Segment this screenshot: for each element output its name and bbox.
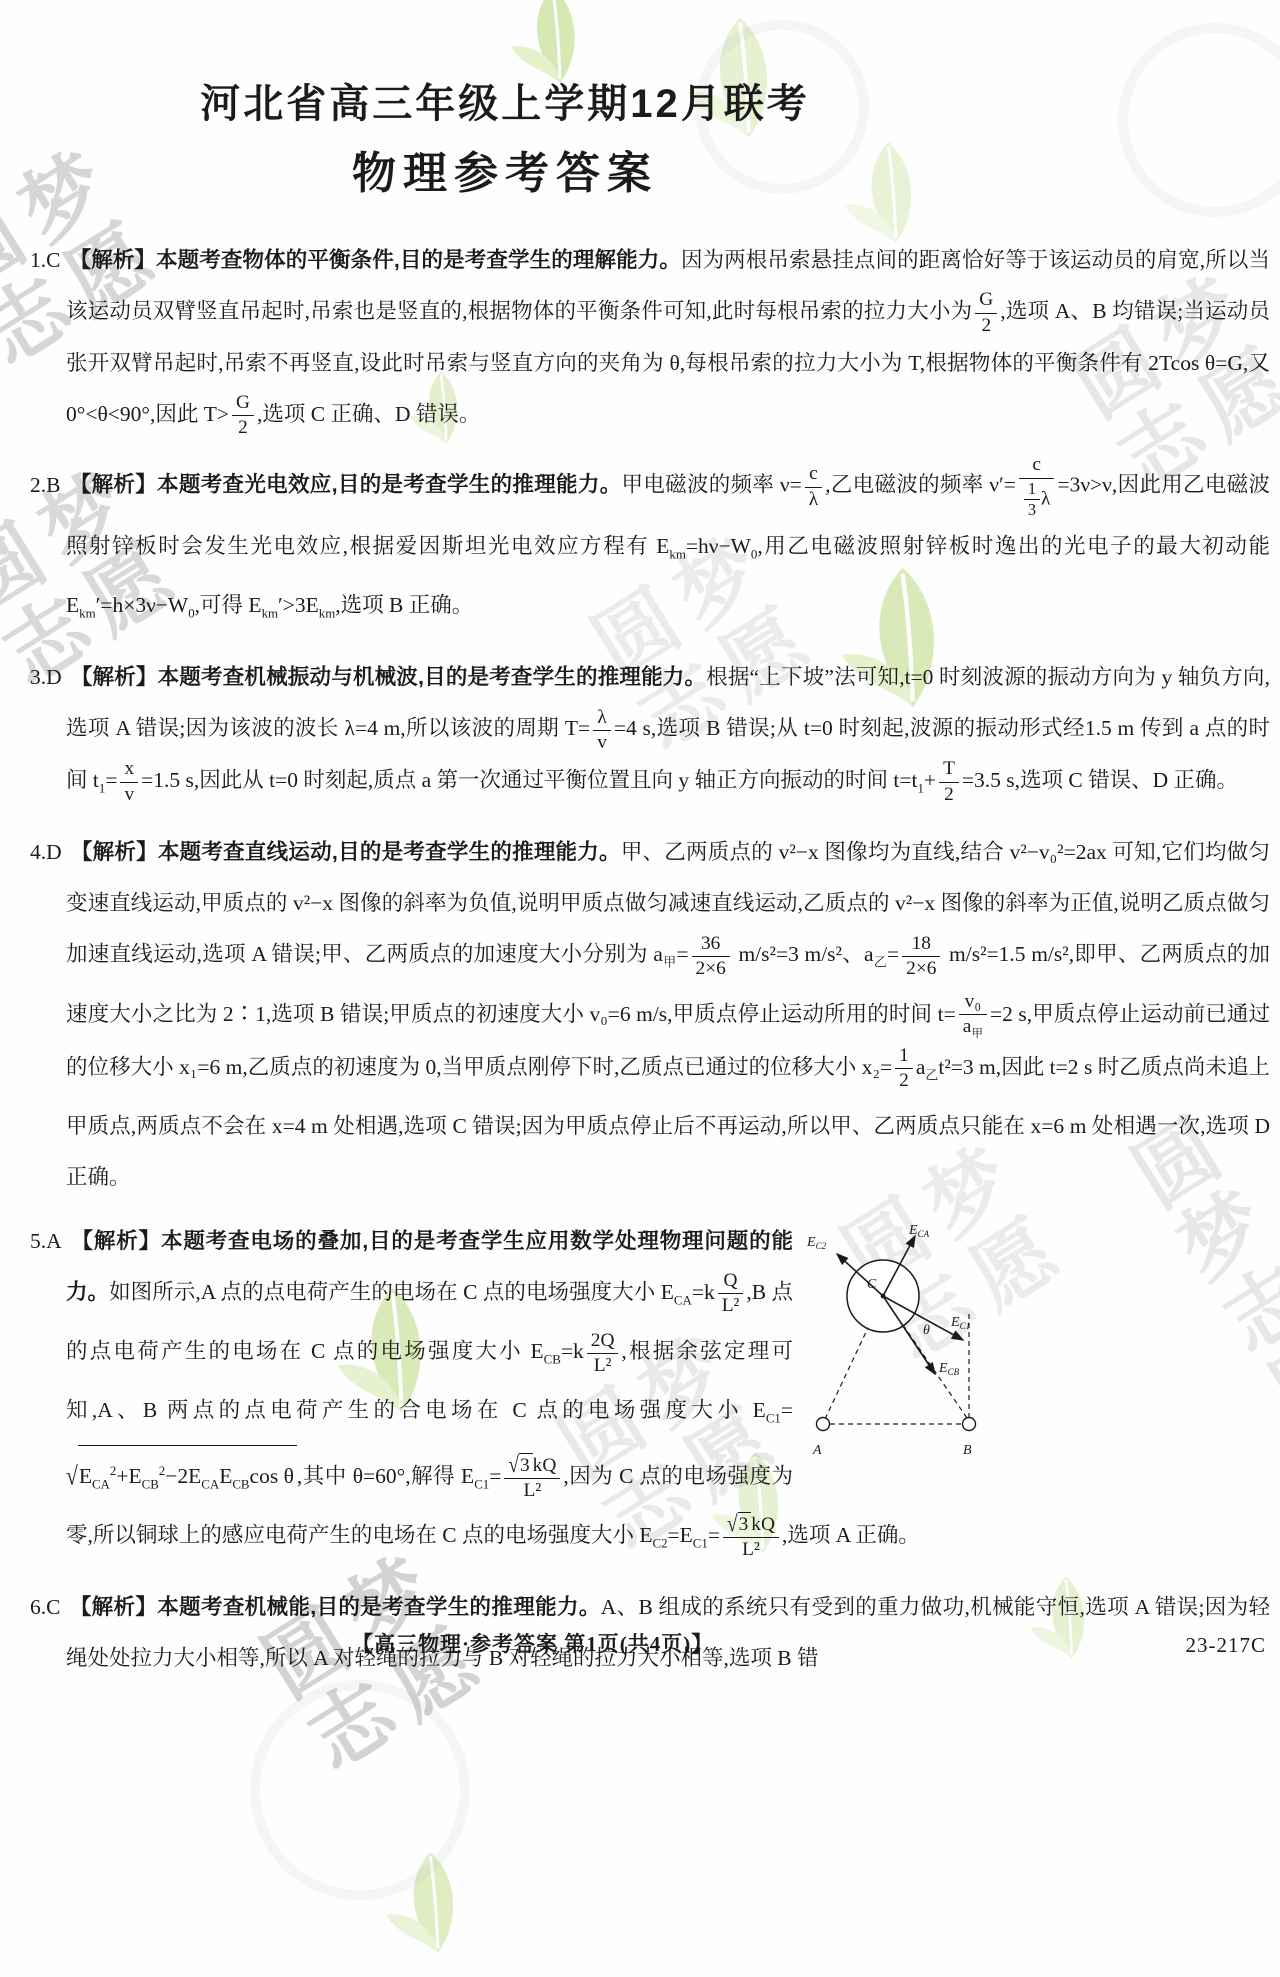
fraction: √3kQL² [723,1512,779,1562]
subscript: km [669,547,685,561]
figure-label-b: B [963,1443,972,1458]
leaf-watermark [386,1852,453,1953]
fraction-denominator: λ [805,487,822,512]
figure-labels: EC2 ECA EC1 ECB θ C A B [806,1223,972,1458]
fraction: xv [120,757,138,806]
answer-number: 6.C [30,1595,60,1619]
charge-b-circle [963,1417,976,1430]
sqrt-expression: √ECA2+ECB2−2ECAECBcos θ [66,1464,297,1488]
sqrt-expression: √3 [508,1455,532,1476]
radical-sign: √ [66,1446,78,1507]
fraction-numerator: x [120,757,138,781]
analysis-bold-text: 【解析】本题考查机械能,目的是考查学生的推理能力。 [69,1595,600,1619]
subscript: km [262,606,278,620]
fraction-numerator: 18 [902,932,940,956]
page-title-line2: 物理参考答案 [0,137,1010,201]
fraction-denominator: a甲 [959,1014,987,1041]
answer-number: 4.D [30,840,62,864]
fraction-denominator: 2×6 [692,956,730,981]
radicand: 3 [738,1512,752,1537]
subscript: CB [544,1352,561,1366]
fraction: λv [593,706,611,755]
scanned-answer-sheet-page: 圆梦志愿 圆梦志愿 圆梦志愿 圆梦志愿 圆梦志愿 圆梦志愿 圆梦志愿 圆梦志愿 … [0,0,1280,1977]
subscript: CA [674,1293,692,1307]
analysis-bold-text: 【解析】本题考查机械振动与机械波,目的是考查学生的推理能力。 [71,665,707,689]
fraction-denominator: v [120,782,138,807]
subscript: 0 [751,547,757,561]
subscript: km [79,606,95,620]
fraction-numerator: 1 [895,1044,913,1068]
fraction-numerator: λ [593,706,611,730]
fraction-numerator: T [939,757,959,781]
fraction-numerator: 36 [692,932,730,956]
answer-number: 2.B [30,473,60,497]
answer-number: 5.A [30,1229,62,1253]
fraction: G2 [975,288,997,337]
figure-label-ecb: ECB [938,1361,960,1377]
subscript: 乙 [925,1068,938,1082]
fraction: 362×6 [692,932,730,981]
fraction: T2 [939,757,959,806]
answer-item: 4.D【解析】本题考查直线运动,目的是考查学生的推理能力。甲、乙两质点的 v²−… [30,827,1270,1202]
figure-label-ec1: EC1 [950,1315,970,1331]
answer-item: 3.D【解析】本题考查机械振动与机械波,目的是考查学生的推理能力。根据“上下坡”… [30,652,1270,814]
subscript: C1 [693,1536,708,1550]
subscript: C1 [766,1412,781,1426]
fraction: c13λ [1019,453,1055,520]
fraction: G2 [232,391,254,440]
figure-label-theta: θ [923,1323,930,1338]
sqrt-expression: √3 [727,1514,751,1535]
fraction-numerator: 1 [1024,479,1040,500]
fraction-numerator: 2Q [587,1329,619,1353]
fraction: v₀a甲 [959,990,987,1042]
analysis-bold-text: 【解析】本题考查光电效应,目的是考查学生的推理能力。 [69,473,621,497]
answer-item: EC2 ECA EC1 ECB θ C A B 5.A【解析】本题考查电场的叠加… [30,1216,1005,1570]
figure-label-a: A [812,1443,822,1458]
subscript: 甲 [663,956,676,970]
fraction-denominator: 2 [975,313,997,338]
fraction: 12 [895,1044,913,1093]
page-title-line1: 河北省高三年级上学期12月联考 [0,72,1010,129]
fraction-denominator: v [593,730,611,755]
radicand: ECA2+ECB2−2ECAECBcos θ [78,1445,297,1510]
document-content: 河北省高三年级上学期12月联考 物理参考答案 1.C【解析】本题考查物体的平衡条… [0,0,1280,1684]
subscript: km [319,606,335,620]
subscript: CB [232,1477,249,1491]
fraction-numerator: c [1019,453,1055,477]
figure-label-eca: ECA [908,1223,930,1239]
question5-figure: EC2 ECA EC1 ECB θ C A B [805,1222,1005,1474]
radicand: 3 [519,1453,533,1478]
fraction-numerator: G [232,391,254,415]
figure-label-ec2: EC2 [806,1235,827,1251]
answer-number: 3.D [30,665,62,689]
fraction-denominator: L² [718,1293,744,1318]
fraction-numerator: √3kQ [723,1512,779,1537]
answers-list: 1.C【解析】本题考查物体的平衡条件,目的是考查学生的理解能力。因为两根吊索悬挂… [30,235,1270,1684]
subscript: CA [201,1477,219,1491]
fraction-numerator: √3kQ [504,1453,560,1478]
fraction-numerator: c [805,462,822,486]
fraction-numerator: v₀ [959,990,987,1014]
fraction-denominator: 2 [232,415,254,440]
subscript: C2 [652,1536,667,1550]
fraction-denominator: 13λ [1019,478,1055,521]
fraction-denominator: 2 [939,782,959,807]
superscript: 2 [159,1464,165,1478]
fraction: √3kQL² [504,1453,560,1503]
subscript: C1 [474,1477,489,1491]
answer-number: 1.C [30,248,60,272]
fraction-denominator: 3 [1024,499,1040,521]
footer-paper-code: 23-217C [1186,1633,1267,1658]
charge-a-circle [817,1417,830,1430]
analysis-bold-text: 【解析】本题考查物体的平衡条件,目的是考查学生的理解能力。 [69,248,680,272]
fraction: 182×6 [902,932,940,981]
fraction-numerator: G [975,288,997,312]
radical-sign: √ [508,1451,519,1480]
fraction-denominator: L² [587,1353,619,1378]
fraction-denominator: 2 [895,1068,913,1093]
figure-label-c: C [867,1277,877,1292]
subscript: CA [92,1477,110,1491]
fraction: 13 [1024,479,1040,521]
fraction: 2QL² [587,1329,619,1378]
subscript: 0 [188,606,194,620]
analysis-bold-text: 【解析】本题考查直线运动,目的是考查学生的推理能力。 [71,840,621,864]
superscript: 2 [110,1464,116,1478]
fraction-numerator: Q [718,1269,744,1293]
subscript: 乙 [874,956,887,970]
fraction-denominator: L² [504,1478,560,1503]
footer-page-info: 【高三物理·参考答案 第1页(共4页)】 [352,1628,713,1658]
subscript: 1 [917,781,923,795]
fraction: cλ [805,462,822,511]
fraction: QL² [718,1269,744,1318]
page-title: 河北省高三年级上学期12月联考 物理参考答案 [0,0,1010,201]
subscript: 1 [99,781,105,795]
answer-item: 2.B【解析】本题考查光电效应,目的是考查学生的推理能力。甲电磁波的频率 ν=c… [30,453,1270,639]
subscript: CB [142,1477,159,1491]
fraction-denominator: L² [723,1537,779,1562]
subscript: 甲 [971,1027,983,1040]
radical-sign: √ [727,1511,738,1540]
fraction-denominator: 2×6 [902,956,940,981]
answer-item: 1.C【解析】本题考查物体的平衡条件,目的是考查学生的理解能力。因为两根吊索悬挂… [30,235,1270,440]
logo-ring-watermark [255,1685,465,1895]
